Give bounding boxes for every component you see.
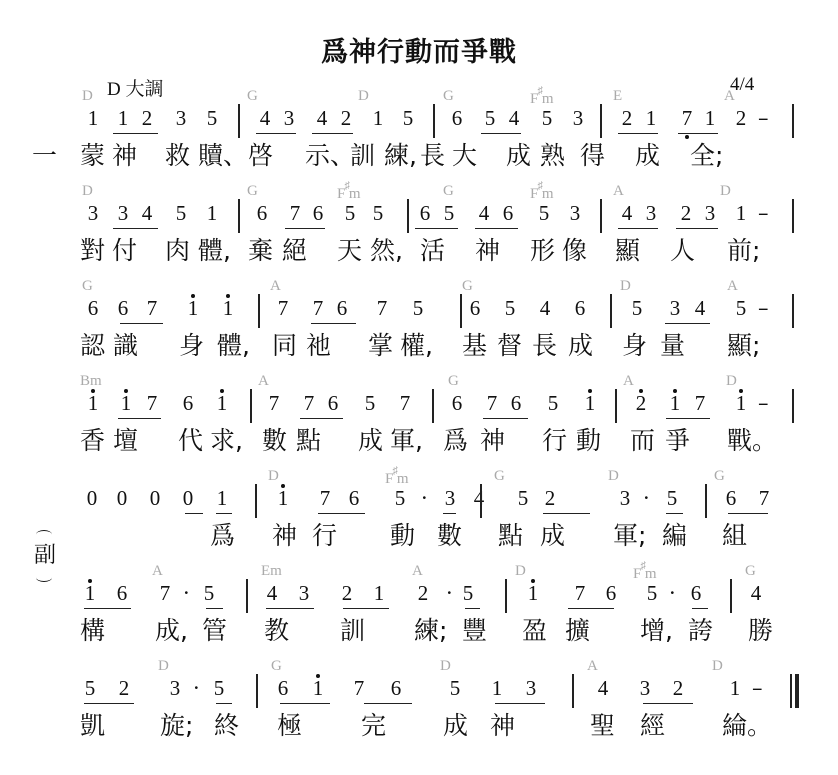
note: 7 xyxy=(482,391,502,416)
beam-underline xyxy=(443,513,456,514)
note: 5 xyxy=(360,391,380,416)
note: 2 xyxy=(337,581,357,606)
beam-underline xyxy=(543,513,590,514)
note: 1 xyxy=(218,296,238,321)
lyric-syllable: 體, xyxy=(198,231,231,267)
chord-symbol: Em xyxy=(261,563,282,580)
note: 6 xyxy=(113,296,133,321)
chord-symbol: F♯m xyxy=(385,468,409,488)
note: 1 xyxy=(113,106,133,131)
beam-underline xyxy=(300,418,343,419)
bar-line xyxy=(238,104,240,138)
bar-line xyxy=(407,199,409,233)
bar-line xyxy=(258,294,260,328)
note: 1 xyxy=(212,391,232,416)
note: 6 xyxy=(721,486,741,511)
lyric-syllable: 爲 xyxy=(443,421,468,457)
lyric-syllable: 全; xyxy=(690,136,723,172)
note: 1 xyxy=(212,486,232,511)
lyric-syllable: 體, xyxy=(217,326,250,362)
chord-symbol: F♯m xyxy=(530,183,554,203)
note: 6 xyxy=(178,391,198,416)
chord-symbol: D xyxy=(440,658,451,675)
note: 6 xyxy=(308,201,328,226)
note: 5 xyxy=(408,296,428,321)
beam-underline xyxy=(113,133,158,134)
note: 5 xyxy=(209,676,229,701)
lyric-syllable: 大 xyxy=(452,136,477,172)
note: 6 xyxy=(447,391,467,416)
note: 5 xyxy=(480,106,500,131)
note: 6 xyxy=(506,391,526,416)
note: 6 xyxy=(465,296,485,321)
note: 7 xyxy=(395,391,415,416)
beam-underline xyxy=(120,323,163,324)
beam-underline xyxy=(666,513,683,514)
chord-symbol: F♯m xyxy=(337,183,361,203)
sustain-dash: – xyxy=(758,201,769,225)
chord-symbol: G xyxy=(82,278,93,295)
lyric-syllable: 熟 xyxy=(540,136,565,172)
beam-underline xyxy=(475,228,518,229)
chord-symbol: D xyxy=(712,658,723,675)
bar-line xyxy=(460,294,462,328)
note: 1 xyxy=(523,581,543,606)
note: 2 xyxy=(668,676,688,701)
bar-line xyxy=(792,294,794,328)
lyric-syllable: 管 xyxy=(202,611,227,647)
lyric-syllable: 增, xyxy=(640,611,673,647)
note: 3 xyxy=(700,201,720,226)
beam-underline xyxy=(185,513,203,514)
lyric-syllable: 神 xyxy=(475,231,500,267)
lyric-syllable: 前; xyxy=(727,231,760,267)
chord-symbol: G xyxy=(714,468,725,485)
chord-symbol: D xyxy=(268,468,279,485)
lyric-syllable: 練, xyxy=(384,136,417,172)
lyric-syllable: 軍; xyxy=(613,516,646,552)
note: 7 xyxy=(273,296,293,321)
note: 5 xyxy=(202,106,222,131)
chord-symbol: G xyxy=(247,183,258,200)
note: 3 xyxy=(279,106,299,131)
note: 5 xyxy=(340,201,360,226)
beam-underline xyxy=(256,133,296,134)
lyric-syllable: 示、 xyxy=(305,136,355,172)
note: 3 xyxy=(83,201,103,226)
lyric-syllable: 點 xyxy=(296,421,321,457)
bar-line xyxy=(256,674,258,708)
chord-symbol: G xyxy=(462,278,473,295)
note: 1 xyxy=(641,106,661,131)
note: 5 xyxy=(171,201,191,226)
note: 2 xyxy=(631,391,651,416)
augmentation-dot: · xyxy=(643,486,650,510)
note: 7 xyxy=(264,391,284,416)
beam-underline xyxy=(618,228,658,229)
note: 1 xyxy=(665,391,685,416)
note: 4 xyxy=(474,201,494,226)
lyric-syllable: 豐 xyxy=(462,611,487,647)
note: 4 xyxy=(312,106,332,131)
note: 5 xyxy=(458,581,478,606)
note: 0 xyxy=(82,486,102,511)
note: 5 xyxy=(642,581,662,606)
lyric-syllable: 認 xyxy=(80,326,105,362)
chord-symbol: A xyxy=(412,563,423,580)
lyric-syllable: 爲 xyxy=(210,516,235,552)
lyric-syllable: 天 xyxy=(337,231,362,267)
note: 1 xyxy=(487,676,507,701)
note: 6 xyxy=(601,581,621,606)
beam-underline xyxy=(495,703,545,704)
bar-line xyxy=(600,199,602,233)
chord-symbol: G xyxy=(448,373,459,390)
sustain-dash: – xyxy=(758,296,769,320)
lyric-syllable: 救 xyxy=(165,136,190,172)
lyric-syllable: 求, xyxy=(210,421,243,457)
augmentation-dot: · xyxy=(446,581,453,605)
bar-line xyxy=(246,579,248,613)
beam-underline xyxy=(84,703,134,704)
note: 7 xyxy=(308,296,328,321)
note: 5 xyxy=(80,676,100,701)
lyric-syllable: 練; xyxy=(414,611,447,647)
note: 2 xyxy=(731,106,751,131)
lyric-syllable: 極 xyxy=(277,706,302,742)
beam-underline xyxy=(676,228,718,229)
lyric-syllable: 顯; xyxy=(727,326,760,362)
lyric-syllable: 成 xyxy=(443,706,468,742)
chord-symbol: A xyxy=(270,278,281,295)
note: 3 xyxy=(165,676,185,701)
note: 5 xyxy=(537,106,557,131)
note: 1 xyxy=(368,106,388,131)
note: 1 xyxy=(308,676,328,701)
bar-line xyxy=(792,389,794,423)
bar-line xyxy=(792,104,794,138)
lyric-syllable: 而 xyxy=(630,421,655,457)
lyric-syllable: 香 xyxy=(80,421,105,457)
chord-symbol: A xyxy=(152,563,163,580)
chord-symbol: D xyxy=(158,658,169,675)
note: 4 xyxy=(746,581,766,606)
bar-line xyxy=(433,104,435,138)
chord-symbol: D xyxy=(720,183,731,200)
note: 4 xyxy=(593,676,613,701)
lyric-syllable: 組 xyxy=(722,516,747,552)
chord-symbol: G xyxy=(745,563,756,580)
note: 0 xyxy=(178,486,198,511)
lyric-syllable: 掌 xyxy=(368,326,393,362)
augmentation-dot: · xyxy=(669,581,676,605)
note: 1 xyxy=(80,581,100,606)
note: 3 xyxy=(113,201,133,226)
note: 3 xyxy=(568,106,588,131)
chord-symbol: D xyxy=(82,183,93,200)
chord-symbol: A xyxy=(724,88,735,105)
score-line-2: DGF♯mGF♯mAD334516765565465343231–對付肉體,棄絕… xyxy=(0,183,838,278)
note: 4 xyxy=(469,486,489,511)
note: 1 xyxy=(83,106,103,131)
lyric-syllable: 人 xyxy=(670,231,695,267)
lyric-syllable: 量 xyxy=(660,326,685,362)
note: 5 xyxy=(398,106,418,131)
chord-symbol: E xyxy=(613,88,622,105)
bar-line xyxy=(615,389,617,423)
note: 5 xyxy=(439,201,459,226)
lyric-syllable: 聖 xyxy=(590,706,615,742)
chord-symbol: D xyxy=(608,468,619,485)
note: 4 xyxy=(535,296,555,321)
note: 3 xyxy=(521,676,541,701)
beam-underline xyxy=(618,133,658,134)
lyric-syllable: 絕 xyxy=(282,231,307,267)
note: 6 xyxy=(344,486,364,511)
lyric-syllable: 權, xyxy=(400,326,433,362)
chord-symbol: D xyxy=(515,563,526,580)
chord-symbol: A xyxy=(727,278,738,295)
lyric-syllable: 旋; xyxy=(160,706,193,742)
lyric-syllable: 動 xyxy=(390,516,415,552)
beam-underline xyxy=(481,133,521,134)
lyric-syllable: 長 xyxy=(420,136,445,172)
chord-symbol: A xyxy=(587,658,598,675)
beam-underline xyxy=(266,608,314,609)
lyric-syllable: 棄 xyxy=(248,231,273,267)
note: 7 xyxy=(570,581,590,606)
beam-underline xyxy=(312,133,353,134)
note: 4 xyxy=(690,296,710,321)
note: 2 xyxy=(617,106,637,131)
lyric-syllable: 督 xyxy=(497,326,522,362)
note: 6 xyxy=(386,676,406,701)
note: 7 xyxy=(349,676,369,701)
note: 1 xyxy=(183,296,203,321)
chord-symbol: D xyxy=(82,88,93,105)
chord-symbol: D xyxy=(358,88,369,105)
beam-underline xyxy=(465,608,480,609)
beam-underline xyxy=(318,513,365,514)
note: 4 xyxy=(504,106,524,131)
note: 7 xyxy=(155,581,175,606)
note: 5 xyxy=(445,676,465,701)
note: 6 xyxy=(273,676,293,701)
lyric-syllable: 啓 xyxy=(248,136,273,172)
lyric-syllable: 長 xyxy=(532,326,557,362)
note: 3 xyxy=(440,486,460,511)
lyric-syllable: 行 xyxy=(312,516,337,552)
lyric-syllable: 識 xyxy=(113,326,138,362)
note: 5 xyxy=(731,296,751,321)
bar-line xyxy=(600,104,602,138)
lyric-syllable: 戰。 xyxy=(727,421,777,457)
beam-underline xyxy=(643,703,693,704)
chorus-marker: 副 xyxy=(34,530,56,582)
lyric-syllable: 數 xyxy=(437,516,462,552)
augmentation-dot: · xyxy=(421,486,428,510)
lyric-syllable: 像 xyxy=(562,231,587,267)
lyric-syllable: 構 xyxy=(80,611,105,647)
lyric-syllable: 然, xyxy=(370,231,403,267)
note: 3 xyxy=(665,296,685,321)
note: 5 xyxy=(662,486,682,511)
note: 6 xyxy=(112,581,132,606)
note: 7 xyxy=(315,486,335,511)
lyric-syllable: 成 xyxy=(568,326,593,362)
score-line-5: DF♯mGDG00001176534523567··爲神行動數點成軍;編組 xyxy=(0,468,838,563)
beam-underline xyxy=(216,513,232,514)
note: 6 xyxy=(252,201,272,226)
lyric-syllable: 蒙 xyxy=(80,136,105,172)
chord-symbol: D xyxy=(726,373,737,390)
note: 6 xyxy=(83,296,103,321)
chord-symbol: A xyxy=(613,183,624,200)
lyric-syllable: 完 xyxy=(361,706,386,742)
note: 7 xyxy=(754,486,774,511)
beam-underline xyxy=(666,418,710,419)
note: 6 xyxy=(686,581,706,606)
lyric-syllable: 活 xyxy=(420,231,445,267)
score-line-7: DGDAD523561765134321·–凱旋;終極完成神聖經綸。 xyxy=(0,658,838,753)
lyric-syllable: 凱 xyxy=(80,706,105,742)
beam-underline xyxy=(216,703,232,704)
chord-symbol: G xyxy=(271,658,282,675)
beam-underline xyxy=(692,608,708,609)
note: 7 xyxy=(299,391,319,416)
lyric-syllable: 神 xyxy=(480,421,505,457)
lyric-syllable: 盈 xyxy=(522,611,547,647)
note: 5 xyxy=(199,581,219,606)
beam-underline xyxy=(84,608,131,609)
lyric-syllable: 成, xyxy=(155,611,188,647)
note: 1 xyxy=(700,106,720,131)
lyric-syllable: 教 xyxy=(264,611,289,647)
lyric-syllable: 代 xyxy=(178,421,203,457)
note: 7 xyxy=(372,296,392,321)
lyric-syllable: 點 xyxy=(498,516,523,552)
beam-underline xyxy=(285,228,325,229)
chord-symbol: A xyxy=(258,373,269,390)
note: 2 xyxy=(114,676,134,701)
lyric-syllable: 編 xyxy=(662,516,687,552)
bar-line xyxy=(730,579,732,613)
bar-line xyxy=(480,484,482,518)
note: 0 xyxy=(145,486,165,511)
note: 1 xyxy=(83,391,103,416)
note: 6 xyxy=(498,201,518,226)
chord-symbol: F♯m xyxy=(530,88,554,108)
chord-symbol: D xyxy=(620,278,631,295)
note: 5 xyxy=(368,201,388,226)
note: 3 xyxy=(294,581,314,606)
note: 4 xyxy=(262,581,282,606)
lyric-syllable: 誇 xyxy=(688,611,713,647)
beam-underline xyxy=(415,228,458,229)
note: 3 xyxy=(171,106,191,131)
chord-symbol: G xyxy=(443,88,454,105)
lyric-syllable: 軍, xyxy=(390,421,423,457)
lyric-syllable: 祂 xyxy=(306,326,331,362)
verse-marker: 一 xyxy=(32,136,57,172)
sustain-dash: – xyxy=(758,106,769,130)
augmentation-dot: · xyxy=(193,676,200,700)
note: 5 xyxy=(627,296,647,321)
lyric-syllable: 付 xyxy=(112,231,137,267)
sustain-dash: – xyxy=(752,676,763,700)
note: 7 xyxy=(690,391,710,416)
chord-symbol: G xyxy=(247,88,258,105)
lyric-syllable: 訓 xyxy=(340,611,365,647)
lyric-syllable: 神 xyxy=(490,706,515,742)
bar-line xyxy=(792,199,794,233)
lyric-syllable: 動 xyxy=(576,421,601,457)
lyric-syllable: 綸。 xyxy=(722,706,772,742)
beam-underline xyxy=(311,323,356,324)
lyric-syllable: 身 xyxy=(179,326,204,362)
bar-line xyxy=(705,484,707,518)
bar-line xyxy=(432,389,434,423)
note: 1 xyxy=(725,676,745,701)
note: 4 xyxy=(137,201,157,226)
note: 4 xyxy=(255,106,275,131)
note: 5 xyxy=(543,391,563,416)
lyric-syllable: 肉 xyxy=(165,231,190,267)
note: 2 xyxy=(336,106,356,131)
score-line-6: AEmADF♯mG1675432125176564···構成,管教訓練;豐盈擴增… xyxy=(0,563,838,658)
note: 7 xyxy=(285,201,305,226)
bar-line xyxy=(610,294,612,328)
note: 2 xyxy=(540,486,560,511)
beam-underline xyxy=(568,608,614,609)
chord-symbol: Bm xyxy=(80,373,102,390)
note: 3 xyxy=(615,486,635,511)
note: 2 xyxy=(676,201,696,226)
score-line-4: BmAGAD1176177657676512171–香壇代求,數點成軍,爲神行動… xyxy=(0,373,838,468)
note: 5 xyxy=(513,486,533,511)
lyric-syllable: 成 xyxy=(540,516,565,552)
note: 7 xyxy=(677,106,697,131)
note: 6 xyxy=(332,296,352,321)
beam-underline xyxy=(678,133,718,134)
note: 6 xyxy=(570,296,590,321)
beam-underline xyxy=(280,703,330,704)
chord-symbol: A xyxy=(623,373,634,390)
beam-underline xyxy=(728,513,768,514)
note: 0 xyxy=(112,486,132,511)
lyric-syllable: 勝 xyxy=(748,611,773,647)
beam-underline xyxy=(343,608,389,609)
lyric-syllable: 對 xyxy=(80,231,105,267)
lyric-syllable: 身 xyxy=(622,326,647,362)
lyric-syllable: 終 xyxy=(214,706,239,742)
sustain-dash: – xyxy=(758,391,769,415)
lyric-syllable: 經 xyxy=(640,706,665,742)
lyric-syllable: 同 xyxy=(272,326,297,362)
chord-symbol: G xyxy=(443,183,454,200)
note: 4 xyxy=(617,201,637,226)
note: 6 xyxy=(323,391,343,416)
note: 3 xyxy=(565,201,585,226)
beam-underline xyxy=(665,323,710,324)
augmentation-dot: · xyxy=(183,581,190,605)
note: 1 xyxy=(369,581,389,606)
song-title: 爲神行動而爭戰 xyxy=(0,30,838,69)
chord-symbol: F♯m xyxy=(633,563,657,583)
note: 1 xyxy=(116,391,136,416)
note: 5 xyxy=(390,486,410,511)
lyric-syllable: 得 xyxy=(580,136,605,172)
